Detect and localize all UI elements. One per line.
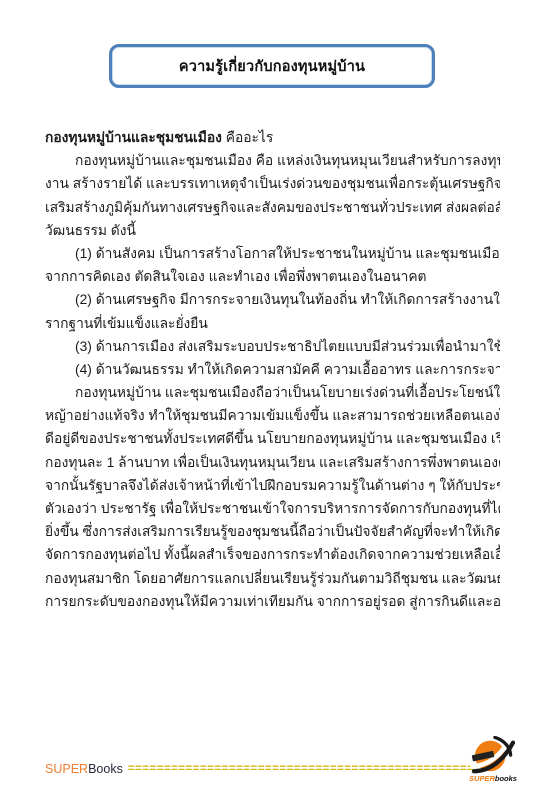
- text-line: จากการคิดเอง ตัดสินใจเอง และทำเอง เพื่อพ…: [45, 265, 500, 288]
- text-line: ตัวเองว่า ประชารัฐ เพื่อให้ประชาชนเข้าใจ…: [45, 497, 500, 520]
- brand-super-text: SUPER: [45, 762, 88, 776]
- logo-books-text: books: [495, 774, 517, 783]
- brand-superbooks: SUPERBooks: [45, 762, 123, 776]
- section-heading-rest: คืออะไร: [222, 130, 273, 145]
- superbooks-logo: SUPERbooks: [466, 736, 520, 782]
- text-line: กองทุนสมาชิก โดยอาศัยการแลกเปลี่ยนเรียนร…: [45, 567, 500, 590]
- text-line: เสริมสร้างภูมิคุ้มกันทางเศรษฐกิจและสังคม…: [45, 196, 500, 219]
- text-line: จากนั้นรัฐบาลจึงได้ส่งเจ้าหน้าที่เข้าไปฝ…: [45, 474, 500, 497]
- document-page: ความรู้เกี่ยวกับกองทุนหมู่บ้าน กองทุนหมู…: [0, 0, 542, 798]
- section-heading-bold: กองทุนหมู่บ้านและชุมชนเมือง: [45, 130, 222, 145]
- text-line: (2) ด้านเศรษฐกิจ มีการกระจายเงินทุนในท้อ…: [45, 288, 500, 311]
- footer: SUPERBooks =============================…: [45, 760, 474, 778]
- brand-books-text: Books: [88, 762, 123, 776]
- text-line: หญ้าอย่างแท้จริง ทำให้ชุมชนมีความเข้มแข็…: [45, 404, 500, 427]
- text-line: (4) ด้านวัฒนธรรม ทำให้เกิดความสามัคคี คว…: [45, 358, 500, 381]
- logo-super-text: SUPER: [469, 774, 495, 783]
- text-line: (3) ด้านการเมือง ส่งเสริมระบอบประชาธิปไต…: [45, 335, 500, 358]
- text-line: รากฐานที่เข้มแข็งและยั่งยืน: [45, 312, 500, 335]
- section-heading: กองทุนหมู่บ้านและชุมชนเมือง คืออะไร: [45, 126, 500, 149]
- text-line: ดีอยู่ดีของประชาชนทั้งประเทศดีขึ้น นโยบา…: [45, 427, 500, 450]
- text-line: งาน สร้างรายได้ และบรรเทาเหตุจำเป็นเร่งด…: [45, 172, 500, 195]
- logo-swoosh-icon: [468, 736, 518, 776]
- text-line: การยกระดับของกองทุนให้มีความเท่าเทียมกัน…: [45, 590, 500, 613]
- text-line: (1) ด้านสังคม เป็นการสร้างโอกาสให้ประชาช…: [45, 242, 500, 265]
- text-line: กองทุนละ 1 ล้านบาท เพื่อเป็นเงินทุนหมุนเ…: [45, 451, 500, 474]
- logo-wordmark: SUPERbooks: [466, 774, 520, 783]
- text-line: กองทุนหมู่บ้าน และชุมชนเมืองถือว่าเป็นนโ…: [45, 381, 500, 404]
- divider-line: ========================================…: [128, 763, 474, 775]
- title-box: ความรู้เกี่ยวกับกองทุนหมู่บ้าน: [109, 44, 435, 88]
- body-text: กองทุนหมู่บ้านและชุมชนเมือง คืออะไร กองท…: [45, 126, 500, 613]
- text-line: ยิ่งขึ้น ซึ่งการส่งเสริมการเรียนรู้ของชุ…: [45, 520, 500, 543]
- text-line: จัดการกองทุนต่อไป ทั้งนี้ผลสำเร็จของการก…: [45, 543, 500, 566]
- text-line: วัฒนธรรม ดังนี้: [45, 219, 500, 242]
- page-title: ความรู้เกี่ยวกับกองทุนหมู่บ้าน: [179, 55, 365, 78]
- text-line: กองทุนหมู่บ้านและชุมชนเมือง คือ แหล่งเงิ…: [45, 149, 500, 172]
